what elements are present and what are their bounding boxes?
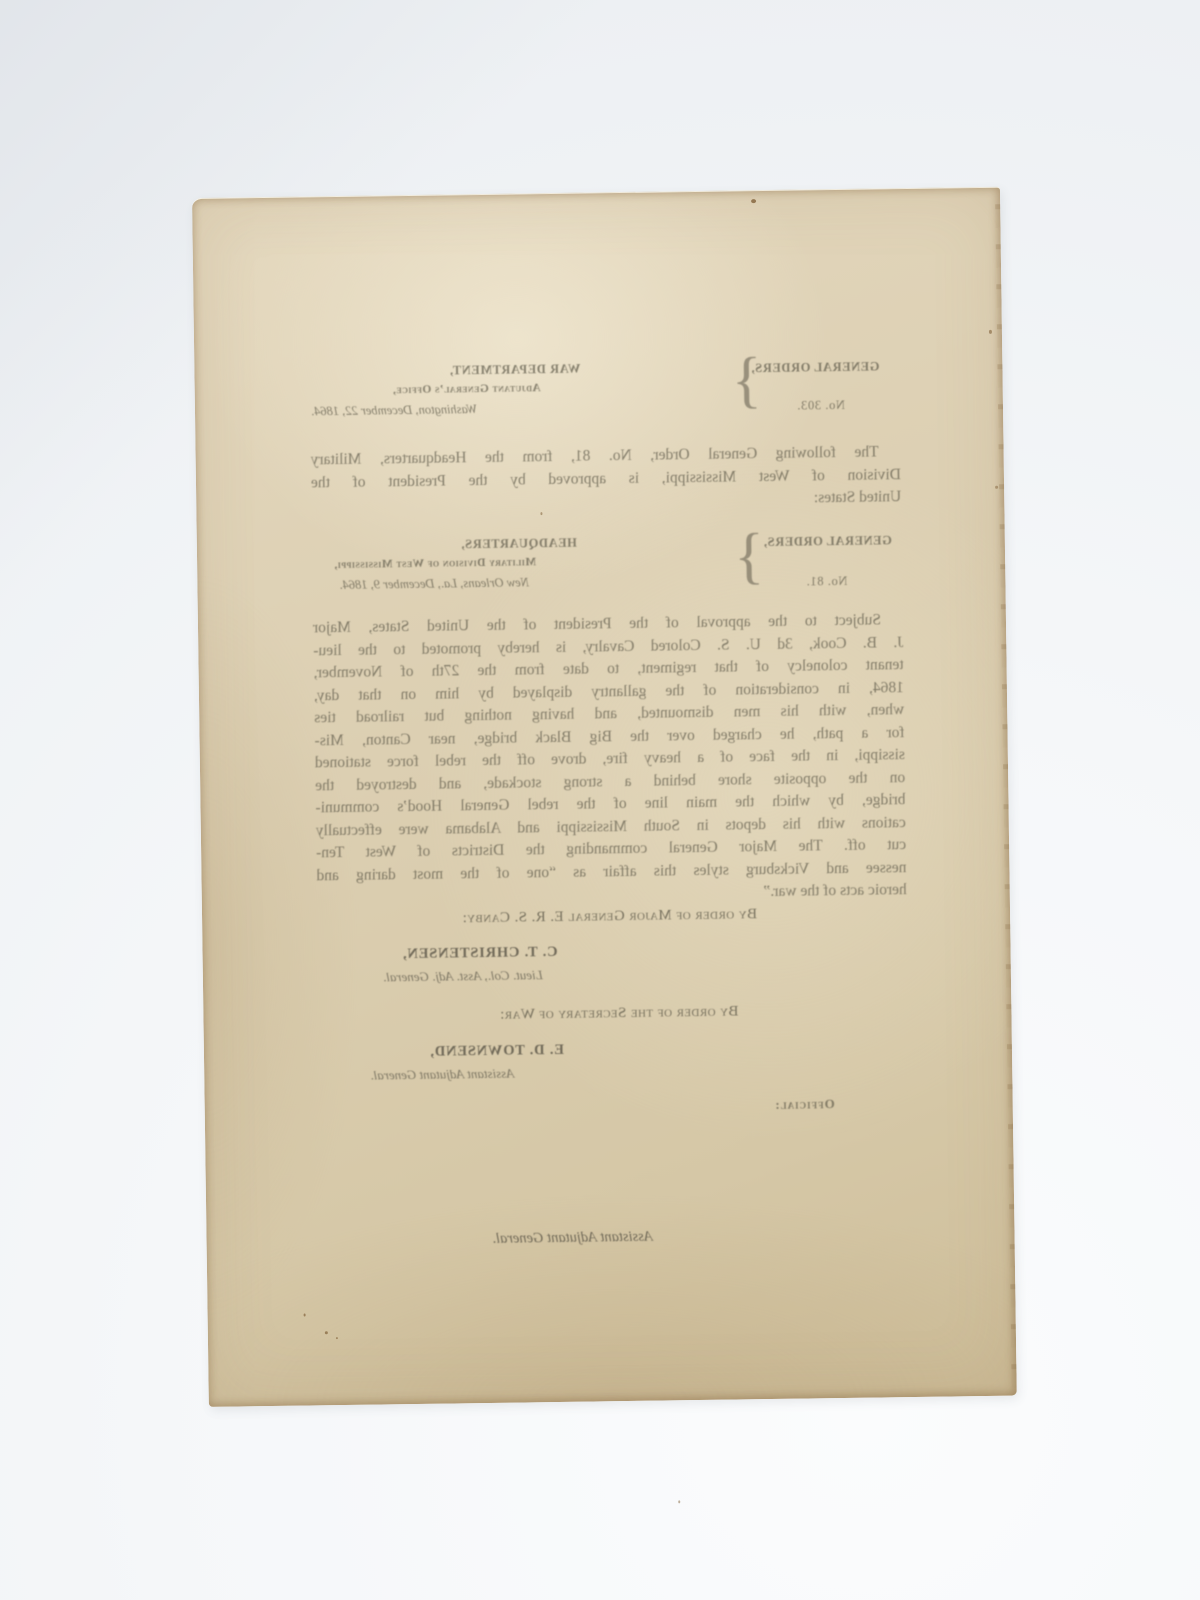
war-dept-orders-label: GENERAL ORDERS, [751,357,880,377]
townsend-title: Assistant Adjutant General. [370,1066,514,1084]
washington-date-line: Washington, December 22, 1864. [311,402,477,419]
division-orders-label: GENERAL ORDERS, [763,531,892,551]
intro-paragraph: The following General Order, No. 81, fro… [311,441,902,517]
paper-speck [678,1500,680,1503]
division-brace: } [734,525,765,587]
war-dept-order-number: No. 303. [797,398,845,414]
photo-background: { "scene": { "background_color": "#f5f7f… [0,0,1200,1600]
war-dept-line: WAR DEPARTMENT, [449,362,580,379]
mirrored-text-layer: GENERAL ORDERS, No. 303. } WAR DEPARTMEN… [192,188,1017,1407]
footer-adjutant-general-line: Assistant Adjutant General. [467,1228,677,1248]
townsend-name: E. D. TOWNSEND, [429,1042,564,1061]
paper-sheet: GENERAL ORDERS, No. 303. } WAR DEPARTMEN… [192,187,1017,1407]
official-label: Official: [774,1096,835,1113]
military-division-line: Military Division of West Mississippi, [334,556,536,571]
by-order-canby-line: By order of Major General E. R. S. Canby… [462,906,757,927]
adjutant-office-line: Adjutant General’s Office, [393,382,541,396]
body-paragraph: Subject to the approval of the President… [313,609,907,910]
division-order-number: No. 81. [806,574,848,590]
christensen-name: C. T. CHRISTENSEN, [402,944,558,963]
general-orders-text: GENERAL ORDERS, [763,533,892,549]
text-column: GENERAL ORDERS, No. 303. } WAR DEPARTMEN… [307,189,914,1405]
headquarters-line: HEADQUARTERS, [461,536,577,553]
general-orders-text: GENERAL ORDERS, [751,359,880,375]
christensen-title: Lieut. Col., Asst. Adj. General. [383,967,543,985]
war-dept-brace: } [731,349,762,411]
by-order-secretary-line: By order of the Secretary of War: [500,1003,739,1023]
new-orleans-date-line: New Orleans, La., December 9, 1864. [339,575,529,593]
